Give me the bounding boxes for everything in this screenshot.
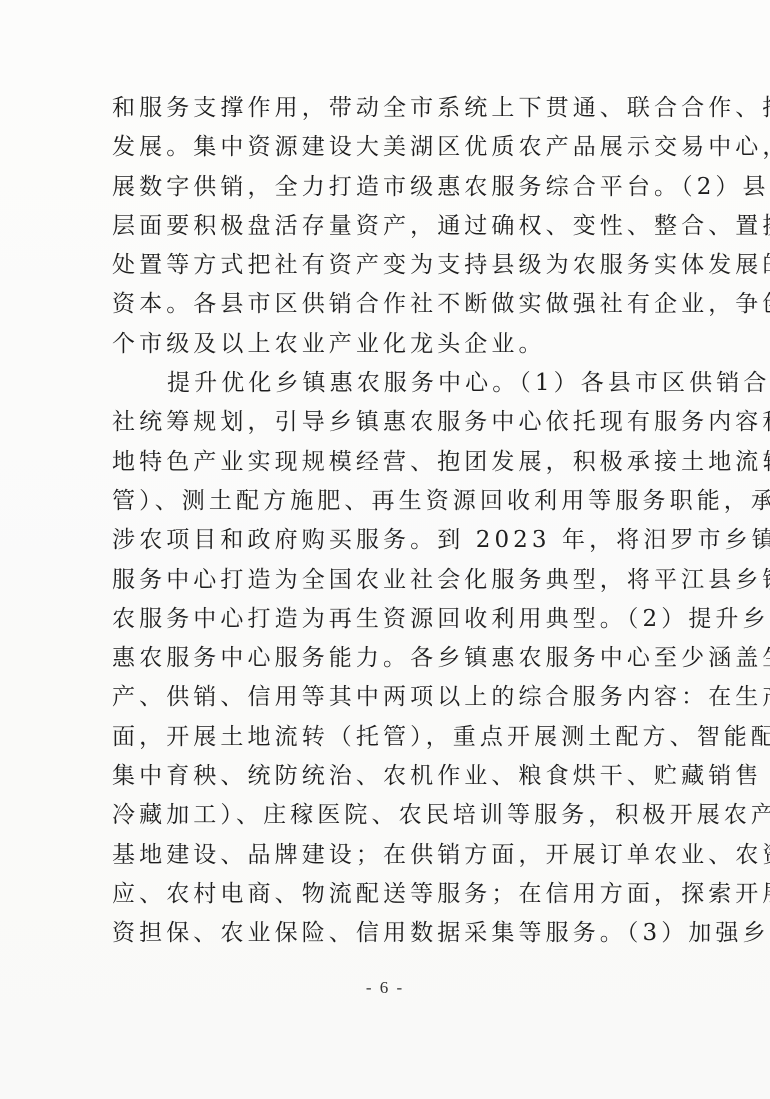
text-line: 处置等方式把社有资产变为支持县级为农服务实体发展的	[112, 246, 664, 285]
text-line: 地特色产业实现规模经营、抱团发展，积极承接土地流转（托	[112, 443, 664, 482]
page-number: - 6 -	[0, 978, 770, 998]
text-line: 应、农村电商、物流配送等服务；在信用方面，探索开展融	[112, 875, 664, 914]
text-line: 个市级及以上农业产业化龙头企业。	[112, 325, 664, 364]
text-line: 社统筹规划，引导乡镇惠农服务中心依托现有服务内容和各	[112, 403, 664, 442]
text-line: 涉农项目和政府购买服务。到 2023 年，将汨罗市乡镇惠农	[112, 521, 664, 560]
text-line: 发展。集中资源建设大美湖区优质农产品展示交易中心，发	[112, 128, 664, 167]
text-line: 集中育秧、统防统治、农机作业、粮食烘干、贮藏销售（或	[112, 757, 664, 796]
text-line: 资担保、农业保险、信用数据采集等服务。（3）加强乡镇	[112, 914, 664, 953]
text-line: 惠农服务中心服务能力。各乡镇惠农服务中心至少涵盖生	[112, 639, 664, 678]
text-line: 层面要积极盘活存量资产，通过确权、变性、整合、置换、	[112, 207, 664, 246]
text-line: 冷藏加工）、庄稼医院、农民培训等服务，积极开展农产品	[112, 796, 664, 835]
text-line: 服务中心打造为全国农业社会化服务典型，将平江县乡镇惠	[112, 561, 664, 600]
text-line: 产、供销、信用等其中两项以上的综合服务内容：在生产方	[112, 678, 664, 717]
paragraph-heading-line: 提升优化乡镇惠农服务中心。（1）各县市区供销合作	[112, 364, 664, 403]
document-page: 和服务支撑作用，带动全市系统上下贯通、联合合作、抱团 发展。集中资源建设大美湖区…	[0, 0, 770, 1099]
text-line: 面，开展土地流转（托管），重点开展测土配方、智能配肥、	[112, 718, 664, 757]
text-line: 资本。各县市区供销合作社不断做实做强社有企业，争创 1-3	[112, 285, 664, 324]
text-line: 和服务支撑作用，带动全市系统上下贯通、联合合作、抱团	[112, 89, 664, 128]
text-line: 基地建设、品牌建设；在供销方面，开展订单农业、农资供	[112, 836, 664, 875]
text-line: 展数字供销，全力打造市级惠农服务综合平台。（2）县级	[112, 168, 664, 207]
body-text: 和服务支撑作用，带动全市系统上下贯通、联合合作、抱团 发展。集中资源建设大美湖区…	[112, 89, 672, 954]
text-line: 农服务中心打造为再生资源回收利用典型。（2）提升乡镇	[112, 600, 664, 639]
text-line: 管）、测土配方施肥、再生资源回收利用等服务职能，承接	[112, 482, 664, 521]
